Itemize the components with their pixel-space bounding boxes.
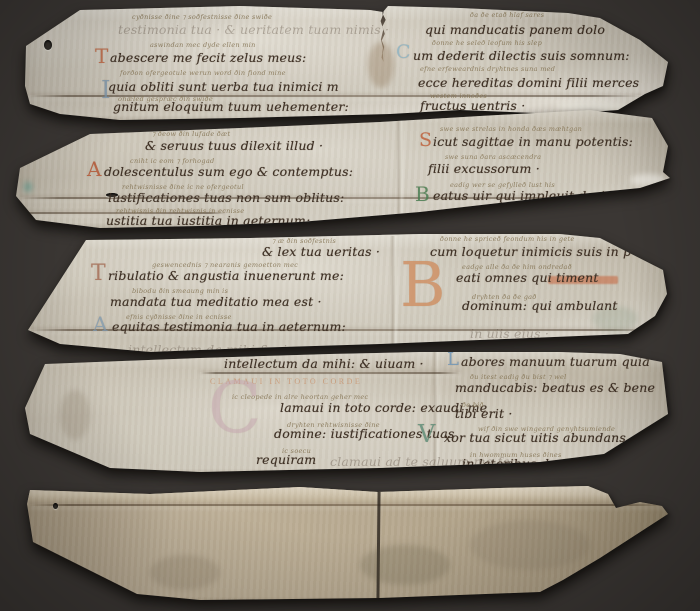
initial-letter: C [208,378,262,440]
text-line-faded: in uiis eius · [470,328,549,341]
text-line-main: cum loquetur inimicis suis in p [430,246,631,259]
text-line-main: mandata tua meditatio mea est · [110,296,322,309]
text-line-main: eati omnes qui timent [456,272,599,285]
parchment-strip-4: intellectum da mihi: & uiuam ·CLAMAUI IN… [0,350,700,480]
crease-h [30,504,666,506]
initial-letter: L [447,352,459,368]
text-line-gloss: ðonne he spriceð feondum his in gete [440,236,575,243]
text-line-main: suum ex ipsis: non confundetur [428,211,633,224]
text-line-main: xor tua sicut uitis abundans [444,432,626,445]
manuscript-fragments-photo: cyðnisse ðine ⁊ soðfestnisse ðine swiðet… [0,0,700,611]
text-line-main: qui manducatis panem dolo [425,24,605,37]
text-line-main: quia obliti sunt uerba tua inimici m [108,81,339,94]
text-line-main: & lex tua ueritas · [262,246,380,259]
text-line-main: eatus uir qui impleuit desiderium [433,190,651,203]
parchment-strip-2-surface: ⁊ ðeow ðin lufade ðæt& seruus tuus dilex… [0,106,700,234]
initial-letter: T [95,48,108,66]
parchment-strip-5-blank [0,482,700,608]
hole [53,503,58,509]
text-line-main: manducabis: beatus es & bene [455,382,655,395]
stain [60,390,90,440]
initial-letter: B [415,186,430,204]
text-line-main: dolescentulus sum ego & contemptus: [104,166,353,179]
parchment-strip-3: ⁊ æ ðin soðfestnis& lex tua ueritas ·ges… [0,232,700,362]
text-line-main: um dederit dilectis suis somnum: [413,50,630,63]
initial-letter: A [93,316,107,334]
text-line-main: equitas testimonia tua in aeternum: [112,321,346,334]
parchment-strip-2: ⁊ ðeow ðin lufade ðæt& seruus tuus dilex… [0,106,700,234]
parchment-strip-3-surface: ⁊ æ ðin soðfestnis& lex tua ueritas ·ges… [0,232,700,362]
text-line-gloss: ðonne he seleð leofum his slep [432,40,542,47]
parchment-strip-4-surface: intellectum da mihi: & uiuam ·CLAMAUI IN… [0,350,700,480]
text-line-main: & seruus tuus dilexit illud · [145,140,323,153]
stain [16,234,24,240]
text-line-gloss: swe suna ðara ascæcendra [445,154,541,161]
text-line-faded: testimonia tua · & ueritatem tuam nimis … [118,24,389,37]
initial-letter: I [101,80,110,101]
parchment-strip-5-surface [0,482,700,608]
text-line-gloss: efne erfeweardnis dryhtnes suna med [420,66,555,73]
text-line-main: requiram [256,454,316,467]
text-line-main: filii excussorum · [428,163,540,176]
text-line-main: abores manuum tuarum quia [461,356,650,369]
stain [24,182,32,192]
stain [470,520,590,570]
stain [368,42,394,88]
initial-letter: C [396,44,411,61]
initial-letter: A [87,161,101,179]
hole [44,40,52,50]
text-line-main: ribulatio & angustia inuenerunt me: [108,270,344,283]
text-line-main: icut sagittae in manu potentis: [433,136,633,149]
stain [360,545,450,585]
fold-v [390,236,399,358]
initial-letter: S [419,132,432,149]
text-line-main: ustitia tua iustitia in aeternum: [106,215,310,228]
split-v [376,490,380,600]
initial-letter: B [400,258,446,313]
text-line-gloss: forðon ofergeotule werun word ðin fiond … [120,70,286,77]
text-line-gloss: ða ðe etað hlaf sares [470,12,544,19]
initial-letter: T [91,264,106,283]
text-line-gloss: cyðnisse ðine ⁊ soðfestnisse ðine swiðe [132,14,272,21]
text-line-main: abescere me fecit zelus meus: [110,52,306,65]
text-line-main: ecce hereditas domini filii merces [418,77,639,90]
stain [630,174,666,186]
text-line-gloss: ⁊ ðeow ðin lufade ðæt [152,131,230,138]
text-line-main: dominum: qui ambulant [462,300,618,313]
initial-letter: V [418,424,435,445]
text-line-main: tibi erit · [455,408,513,421]
text-line-gloss: aswindan mec dyde ellen min [150,42,256,49]
fold-v [396,110,405,230]
text-line-main: in lateribus domus tuae [462,458,617,471]
text-line-gloss: swe swe strelas in honda ðæs mæhtgan [440,126,582,133]
text-line-main: iustificationes tuas non sum oblitus: [108,192,344,205]
stain [150,555,220,590]
